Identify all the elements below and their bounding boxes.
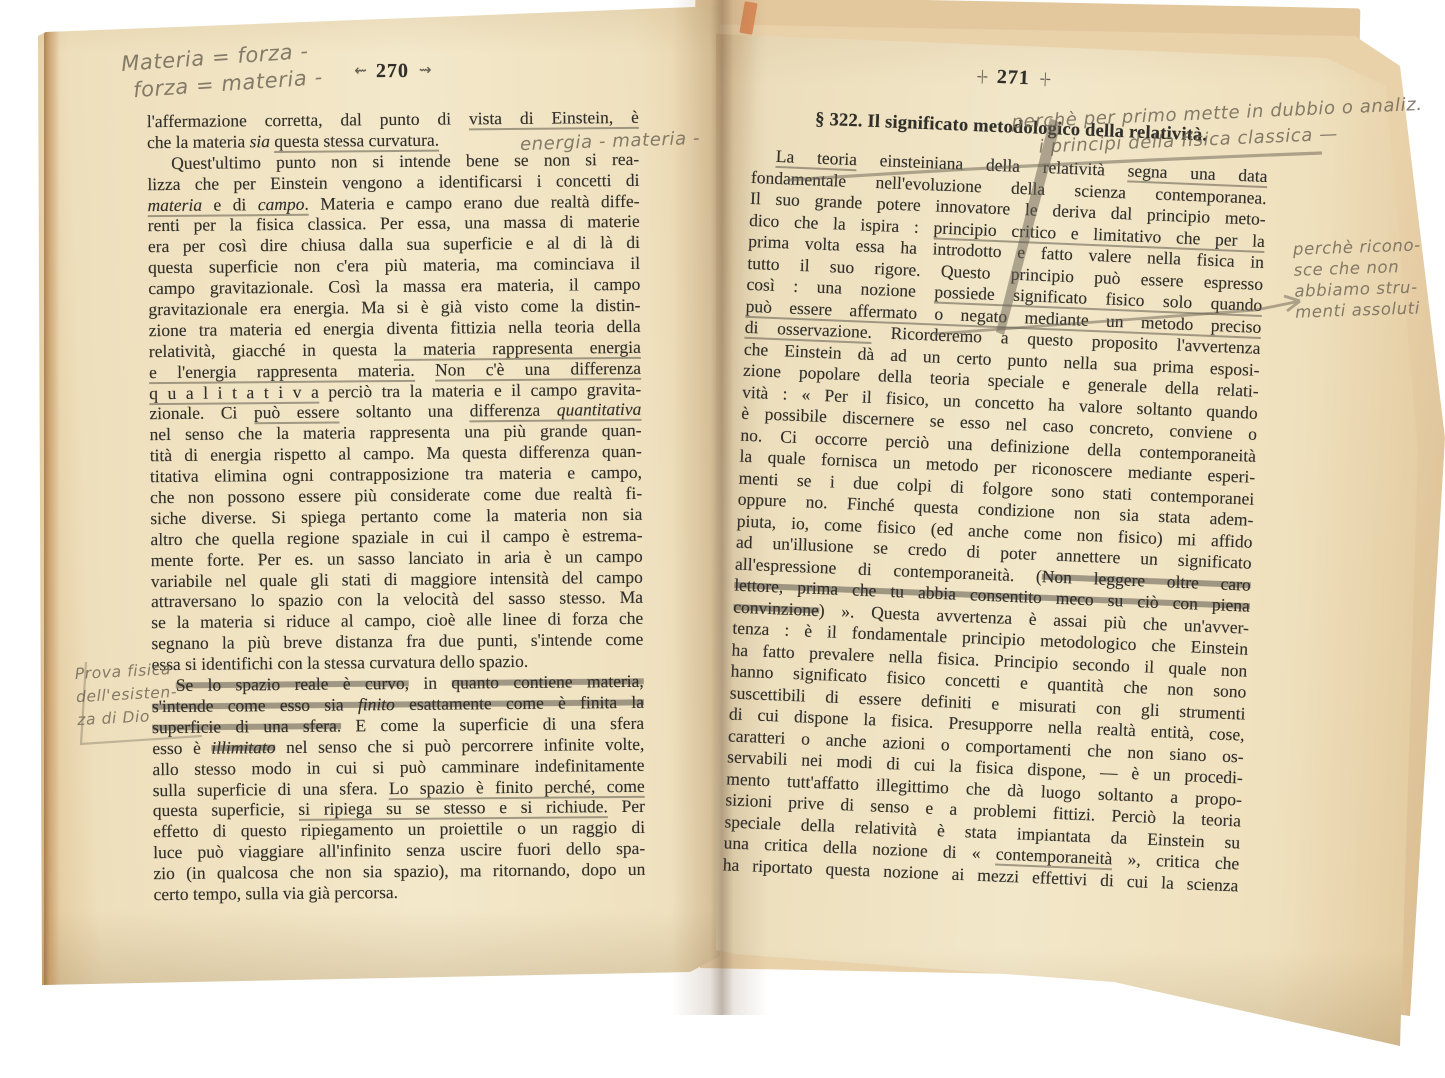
right-page-text: -|-271-|- § 322. Il significato metodolo… xyxy=(722,56,1271,896)
left-page-body: l'affermazione corretta, dal punto di vi… xyxy=(147,107,646,905)
handwritten-note-left-margin: Prova fisica dell'esisten- za di Dio xyxy=(74,657,197,732)
page-number-ornament: -|- xyxy=(977,68,988,84)
page-number-right: 271 xyxy=(996,66,1030,89)
page-number-ornament: ⇝ xyxy=(419,63,431,79)
text-line: l'affermazione corretta, dal punto di vi… xyxy=(147,107,639,132)
right-page-body: La teoria einsteiniana della relatività … xyxy=(722,145,1268,897)
handwritten-note-right-margin: perchè ricono- sce che non abbiamo stru-… xyxy=(1293,233,1445,323)
left-page-text: ⇜270⇝ l'affermazione corretta, dal punto… xyxy=(146,58,645,905)
page-number-left: 270 xyxy=(376,60,409,82)
text-line: certo tempo, sulla via già percorsa. xyxy=(154,880,646,905)
page-number-ornament: ⇜ xyxy=(354,63,366,79)
text-line: zio (in qualcosa che non sia spazio), ma… xyxy=(153,859,645,884)
book-photo: ⇜270⇝ l'affermazione corretta, dal punto… xyxy=(0,0,1445,1078)
page-number-ornament: -|- xyxy=(1039,71,1050,87)
